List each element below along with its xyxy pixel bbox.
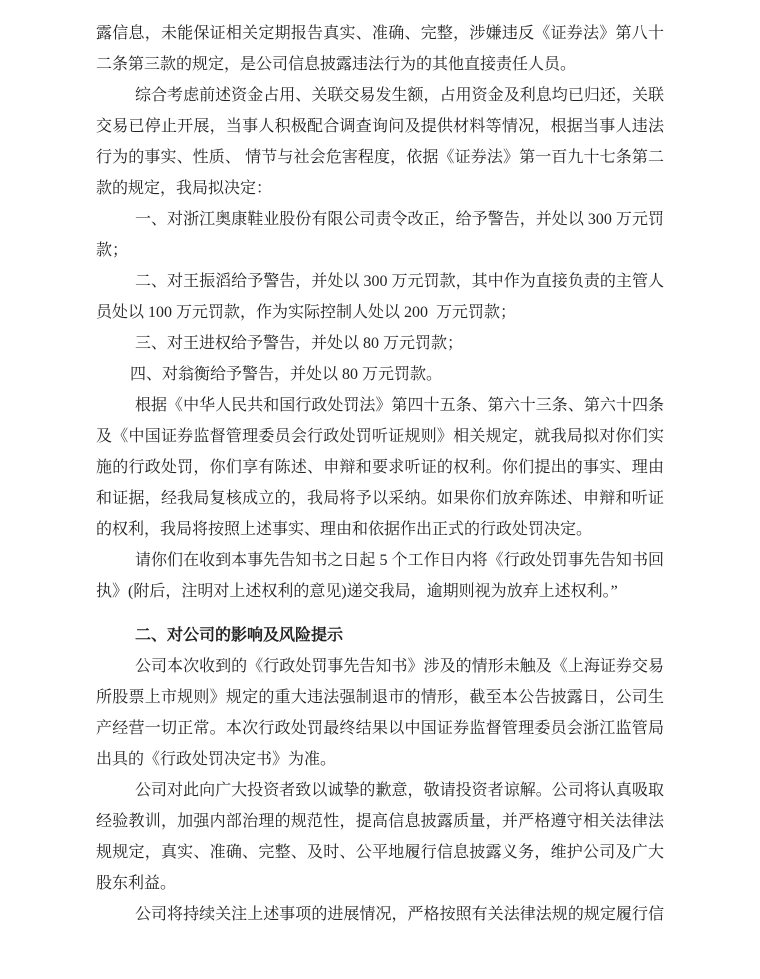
text-line: 二条第三款的规定，是公司信息披露违法行为的其他直接责任人员。 <box>96 49 664 80</box>
text-line: 请你们在收到本事先告知书之日起 5 个工作日内将《行政处罚事先告知书回 <box>96 545 664 576</box>
text-line: 根据《中华人民共和国行政处罚法》第四十五条、第六十三条、第六十四条 <box>96 390 664 421</box>
text-line: 规规定，真实、准确、完整、及时、公平地履行信息披露义务，维护公司及广大 <box>96 837 664 868</box>
text-line: 股东利益。 <box>96 868 664 899</box>
text-line: 和证据，经我局复核成立的，我局将予以采纳。如果你们放弃陈述、申辩和听证 <box>96 483 664 514</box>
text-line: 出具的《行政处罚决定书》为准。 <box>96 744 664 775</box>
text-line: 经验教训，加强内部治理的规范性，提高信息披露质量，并严格遵守相关法律法 <box>96 806 664 837</box>
list-item-2: 二、对王振滔给予警告，并处以 300 万元罚款，其中作为直接负责的主管人 <box>96 266 664 297</box>
text-line: 施的行政处罚，你们享有陈述、申辩和要求听证的权利。你们提出的事实、理由 <box>96 452 664 483</box>
text-line: 公司对此向广大投资者致以诚挚的歉意，敬请投资者谅解。公司将认真吸取 <box>96 775 664 806</box>
text-line: 露信息，未能保证相关定期报告真实、准确、完整，涉嫌违反《证券法》第八十 <box>96 18 664 49</box>
section-heading: 二、对公司的影响及风险提示 <box>96 620 664 651</box>
text-line: 执》(附后，注明对上述权利的意见)递交我局，逾期则视为放弃上述权利。” <box>96 576 664 607</box>
text-line: 行为的事实、性质、 情节与社会危害程度，依据《证券法》第一百九十七条第二 <box>96 142 664 173</box>
text-line: 的权利，我局将按照上述事实、理由和依据作出正式的行政处罚决定。 <box>96 514 664 545</box>
list-item-3: 三、对王进权给予警告，并处以 80 万元罚款； <box>96 328 664 359</box>
text-line: 综合考虑前述资金占用、关联交易发生额，占用资金及利息均已归还，关联 <box>96 80 664 111</box>
list-item-1: 一、对浙江奥康鞋业股份有限公司责令改正，给予警告，并处以 300 万元罚 <box>96 204 664 235</box>
document-body: 露信息，未能保证相关定期报告真实、准确、完整，涉嫌违反《证券法》第八十 二条第三… <box>96 18 664 930</box>
text-line: 所股票上市规则》规定的重大违法强制退市的情形，截至本公告披露日，公司生 <box>96 682 664 713</box>
text-line: 款； <box>96 235 664 266</box>
text-line: 款的规定，我局拟决定： <box>96 173 664 204</box>
document-page: 露信息，未能保证相关定期报告真实、准确、完整，涉嫌违反《证券法》第八十 二条第三… <box>0 0 760 979</box>
text-line: 产经营一切正常。本次行政处罚最终结果以中国证券监督管理委员会浙江监管局 <box>96 713 664 744</box>
text-line: 公司将持续关注上述事项的进展情况，严格按照有关法律法规的规定履行信 <box>96 899 664 930</box>
text-line: 公司本次收到的《行政处罚事先告知书》涉及的情形未触及《上海证券交易 <box>96 651 664 682</box>
list-item-4: 四、对翁衡给予警告，并处以 80 万元罚款。 <box>96 359 664 390</box>
text-line: 员处以 100 万元罚款，作为实际控制人处以 200 万元罚款； <box>96 297 664 328</box>
text-line: 及《中国证券监督管理委员会行政处罚听证规则》相关规定，就我局拟对你们实 <box>96 421 664 452</box>
text-line: 交易已停止开展，当事人积极配合调查询问及提供材料等情况，根据当事人违法 <box>96 111 664 142</box>
